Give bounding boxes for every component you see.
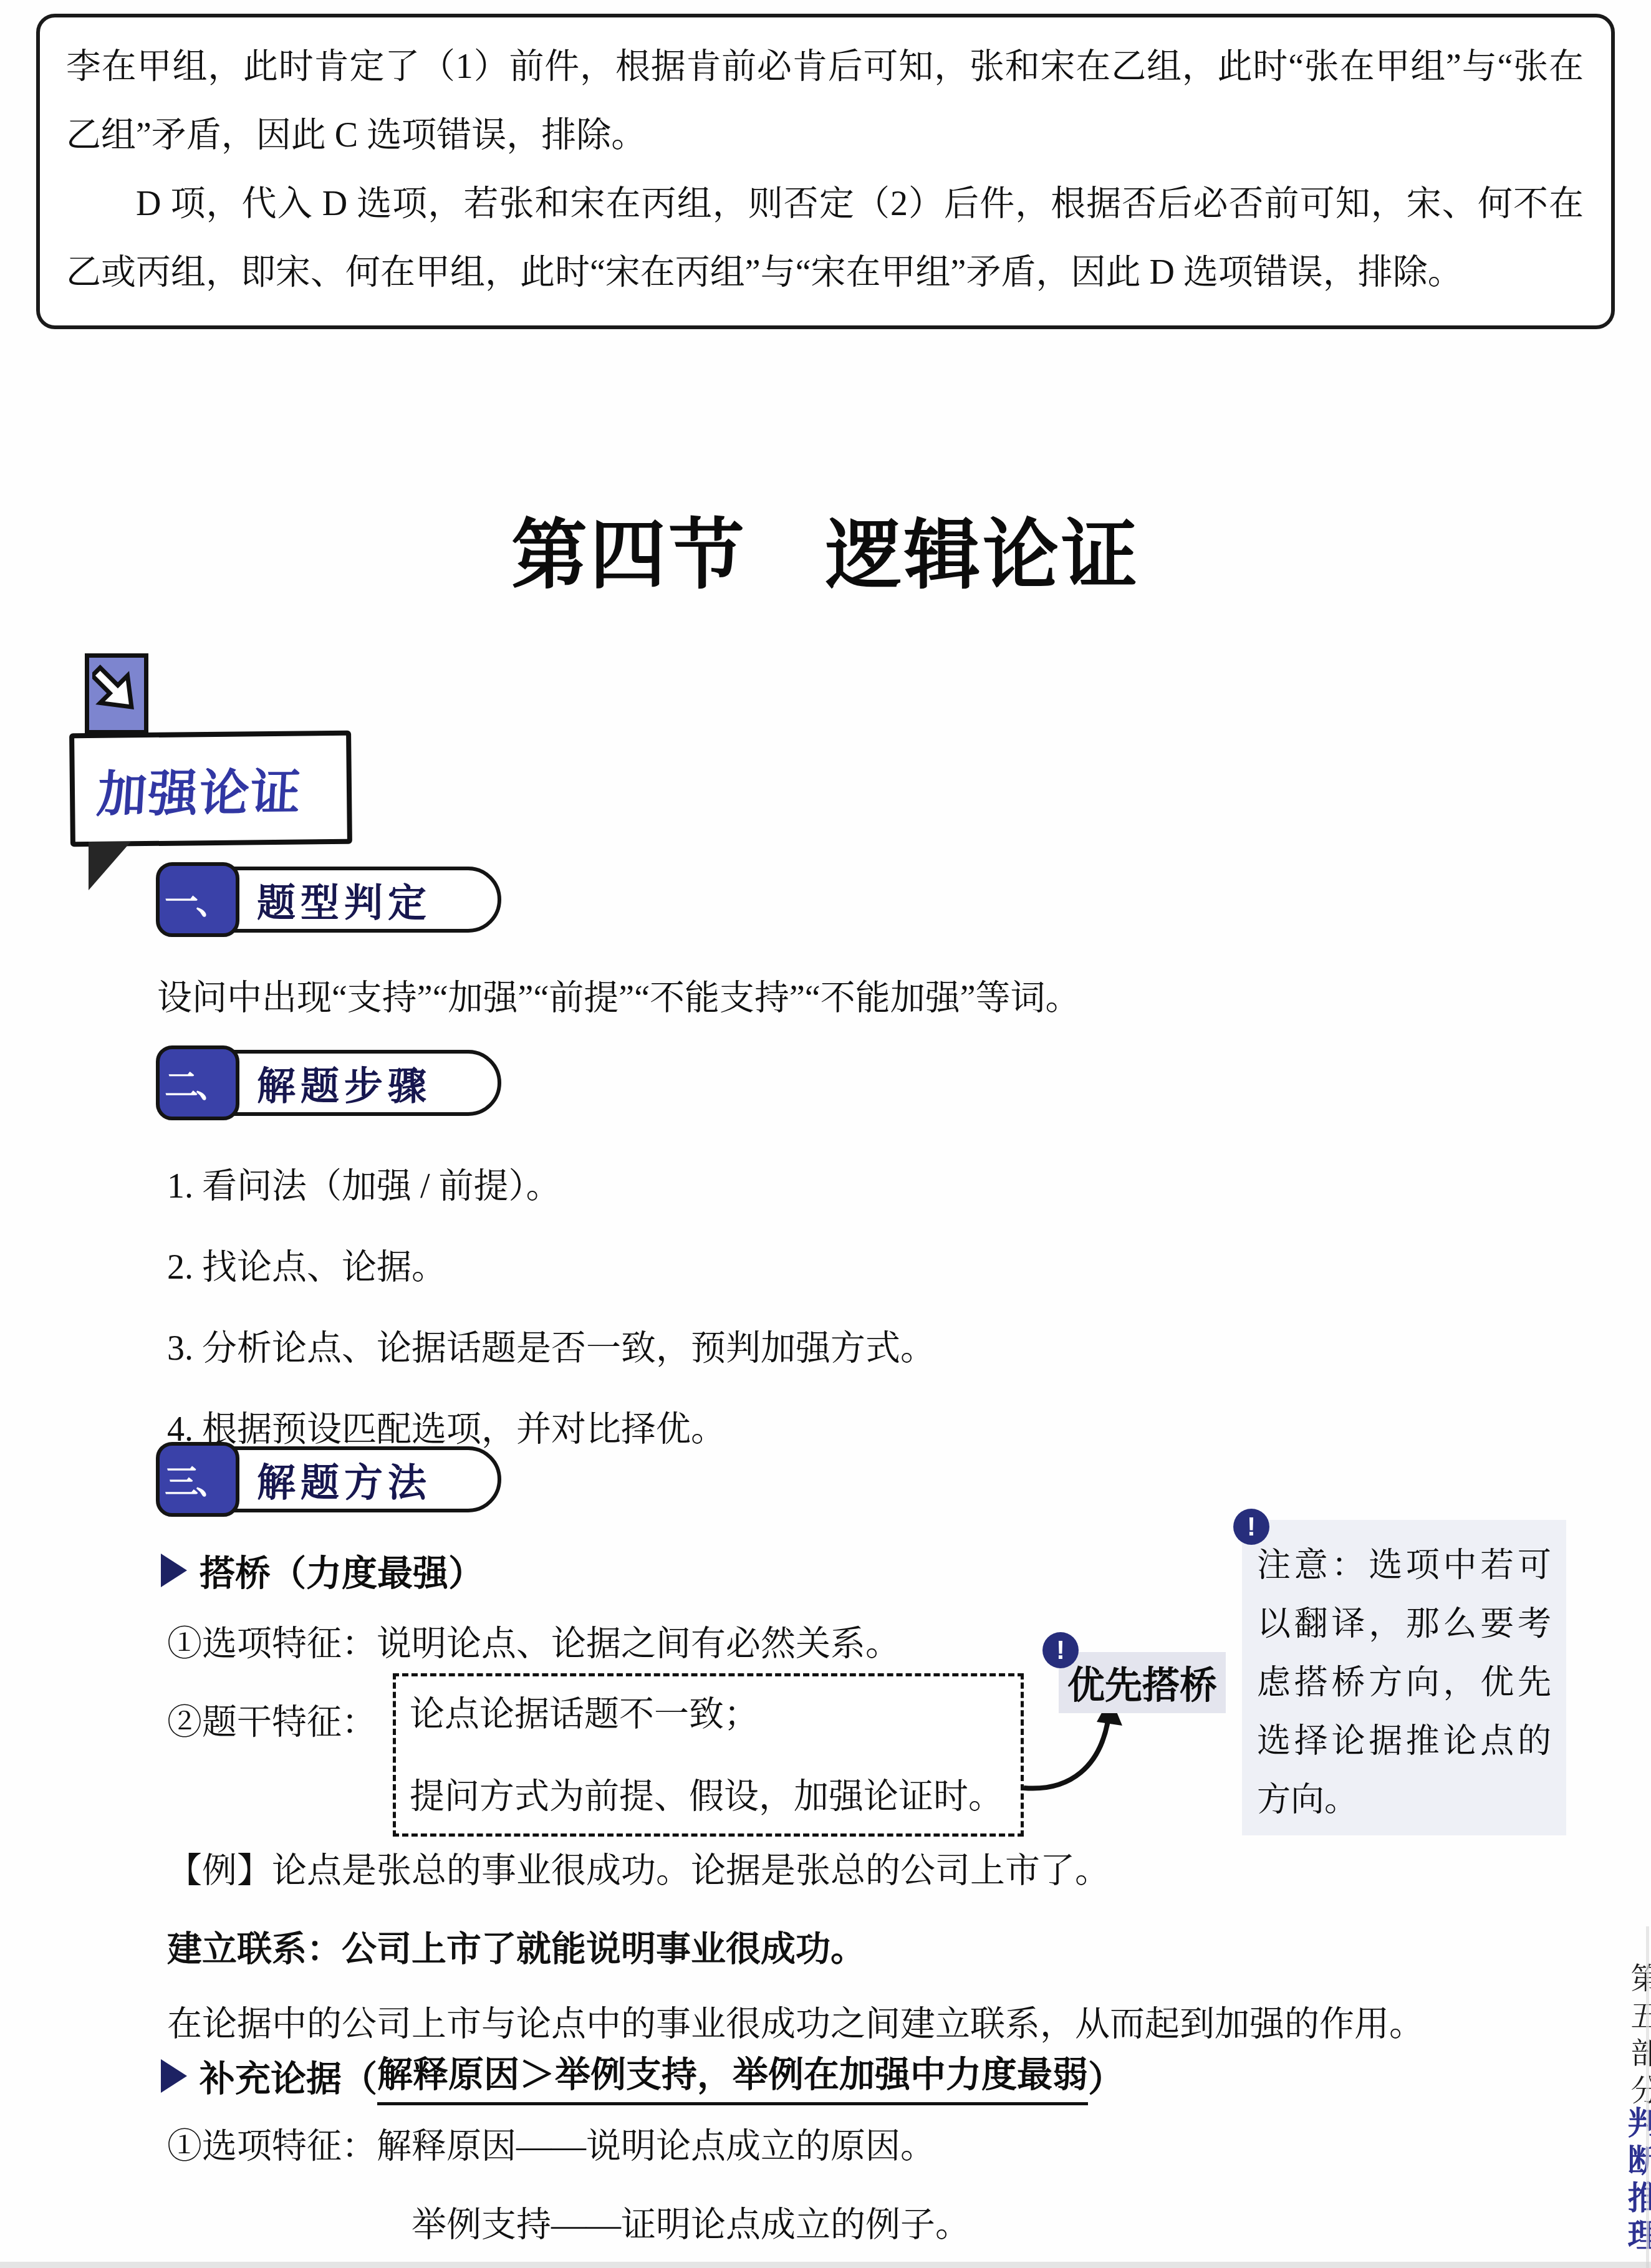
supplement-suffix: ） [1088, 2050, 1124, 2102]
stem-feature-line: 提问方式为前提、假设，加强论证时。 [410, 1769, 1003, 1819]
book-page: 李在甲组，此时肯定了（1）前件，根据肯前必肯后可知，张和宋在乙组，此时“张在甲组… [0, 0, 1651, 2268]
triangle-bullet-icon [161, 2059, 187, 2093]
supplement-underlined-text: 解释原因＞举例支持，举例在加强中力度最弱 [377, 2046, 1088, 2105]
banner-corner-box [85, 653, 148, 734]
banner-tail [89, 842, 131, 890]
section-number: 一、 [156, 862, 239, 937]
supplement-option-feature: ①选项特征：解释原因——说明论点成立的原因。 [167, 2118, 935, 2168]
page-scan-edge [0, 2262, 1651, 2268]
section-badge-solving-steps: 二、 解题步骤 [157, 1050, 501, 1116]
method-heading-supplement: 补充论据（ 解释原因＞举例支持，举例在加强中力度最弱 ） [161, 2046, 1124, 2105]
method-heading-text: 搭桥（力度最强） [200, 1545, 484, 1596]
note-text: 注意：选项中若可以翻译，那么要考虑搭桥方向，优先选择论据推论点的方向。 [1257, 1547, 1551, 1819]
bridge-option-feature: ①选项特征：说明论点、论据之间有必然关系。 [167, 1616, 900, 1666]
supplement-prefix: 补充论据（ [200, 2050, 377, 2102]
chapter-title: 第四节 逻辑论证 [0, 494, 1651, 603]
explanation-paragraph: D 项，代入 D 选项，若张和宋在丙组，则否定（2）后件，根据否后必否前可知，宋… [66, 170, 1584, 307]
page-scan-edge [1646, 1926, 1649, 2268]
step-item: 4. 根据预设匹配选项，并对比择优。 [167, 1401, 726, 1451]
section-badge-type-judgement: 一、 题型判定 [157, 867, 501, 933]
alert-icon: ! [1233, 1509, 1269, 1545]
priority-bridge-text: 优先搭桥 [1067, 1656, 1217, 1709]
type-judgement-text: 设问中出现“支持”“加强”“前提”“不能支持”“不能加强”等词。 [157, 970, 1081, 1020]
step-item: 3. 分析论点、论据话题是否一致，预判加强方式。 [167, 1320, 935, 1370]
step-item: 1. 看问法（加强 / 前提）。 [167, 1158, 561, 1208]
answer-explanation-box: 李在甲组，此时肯定了（1）前件，根据肯前必肯后可知，张和宋在乙组，此时“张在甲组… [36, 14, 1615, 329]
alert-icon: ! [1042, 1632, 1079, 1668]
stem-feature-dashed-box: 论点论据话题不一致； 提问方式为前提、假设，加强论证时。 [393, 1673, 1024, 1837]
example-line: 在论据中的公司上市与论点中的事业很成功之间建立联系，从而起到加强的作用。 [167, 1996, 1424, 2046]
supplement-example-support: 举例支持——证明论点成立的例子。 [412, 2197, 970, 2247]
step-item: 2. 找论点、论据。 [167, 1239, 446, 1289]
topic-banner-label: 加强论证 [95, 752, 304, 826]
banner-bubble: 加强论证 [69, 731, 352, 847]
example-line: 【例】论点是张总的事业很成功。论据是张总的公司上市了。 [167, 1843, 1110, 1893]
section-title: 解题方法 [257, 1452, 431, 1507]
section-badge-solving-methods: 三、 解题方法 [157, 1446, 501, 1512]
arrow-down-right-icon [92, 661, 141, 726]
example-line: 建立联系：公司上市了就能说明事业很成功。 [167, 1921, 865, 1971]
section-number: 二、 [156, 1045, 239, 1120]
triangle-bullet-icon [161, 1554, 187, 1587]
stem-feature-line: 论点论据话题不一致； [410, 1686, 759, 1736]
section-title: 解题步骤 [257, 1055, 431, 1111]
priority-bridge-label: ! 优先搭桥 [1059, 1652, 1226, 1713]
explanation-paragraph: 李在甲组，此时肯定了（1）前件，根据肯前必肯后可知，张和宋在乙组，此时“张在甲组… [66, 32, 1584, 170]
method-heading-bridge: 搭桥（力度最强） [161, 1545, 484, 1596]
section-title: 题型判定 [257, 872, 431, 928]
note-box: ! 注意：选项中若可以翻译，那么要考虑搭桥方向，优先选择论据推论点的方向。 [1242, 1520, 1566, 1835]
section-number: 三、 [156, 1442, 239, 1517]
bridge-stem-label: ②题干特征： [167, 1694, 377, 1744]
